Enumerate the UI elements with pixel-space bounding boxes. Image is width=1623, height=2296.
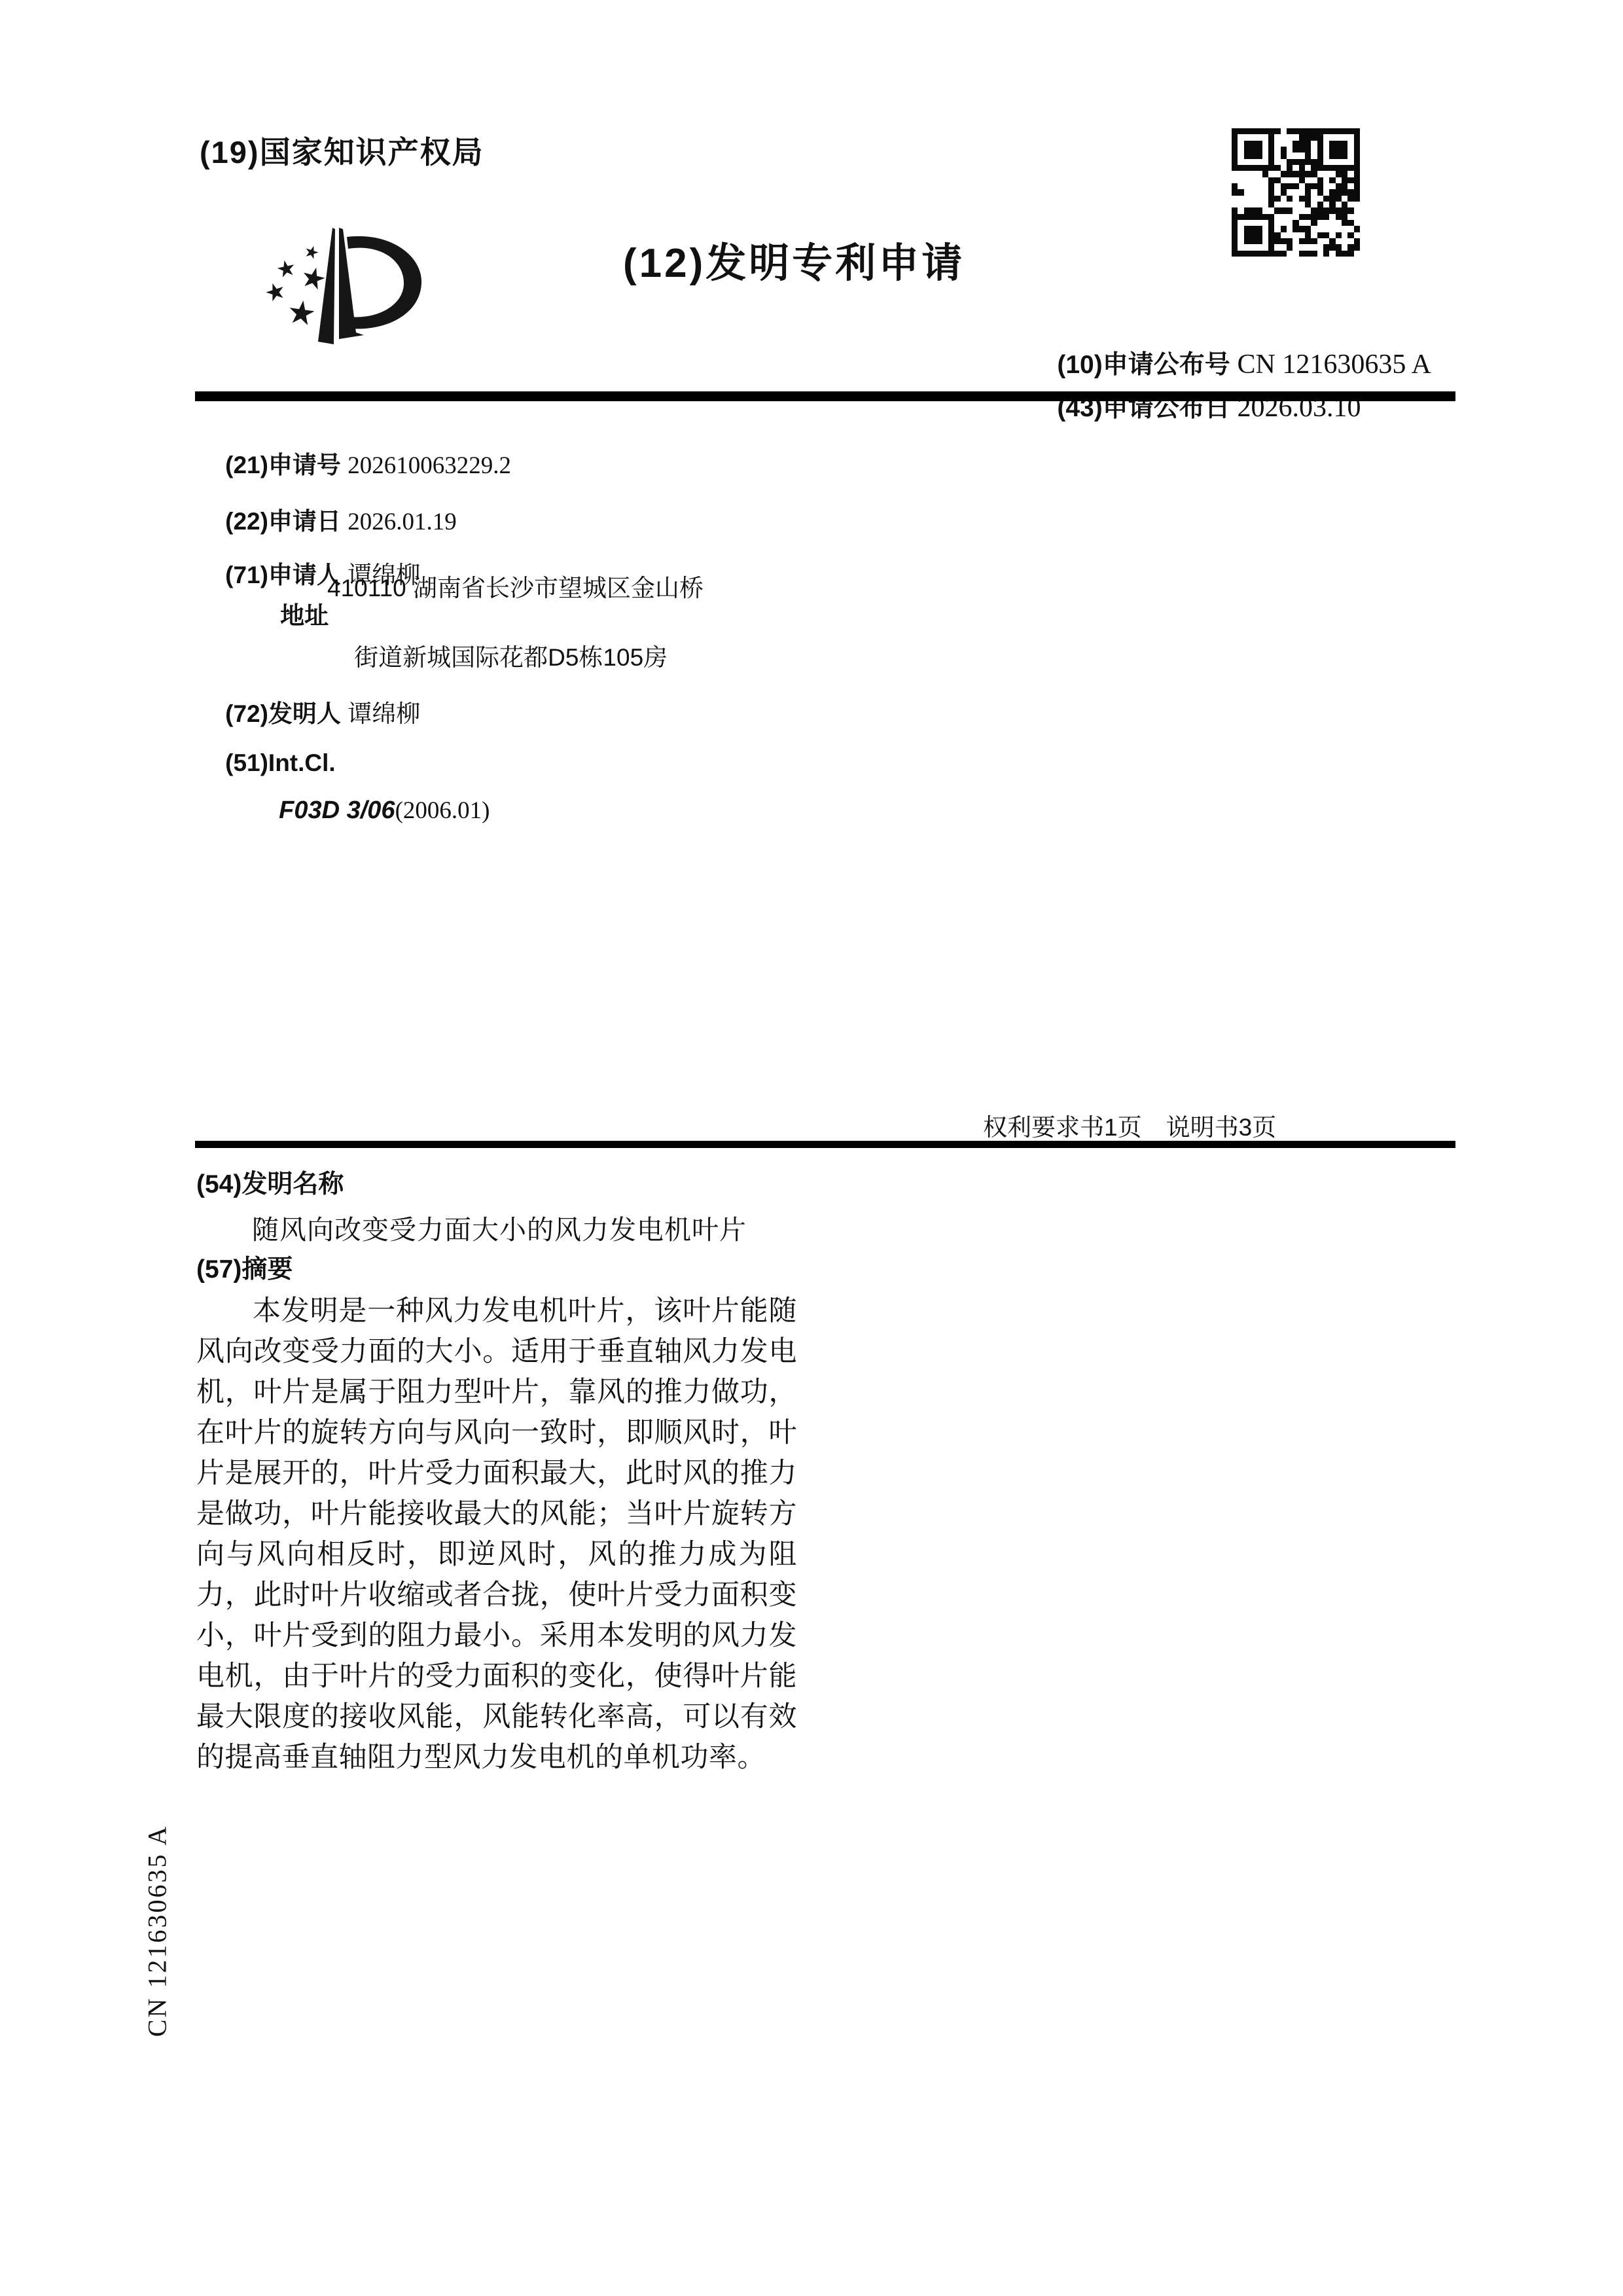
qr-code (1232, 128, 1360, 257)
section-divider-rule (195, 1141, 1455, 1148)
publication-date-line: (43)申请公布日 2026.03.10 (1029, 359, 1361, 453)
invention-title-label: (54)发明名称 (196, 1164, 344, 1200)
address-line-1: 410110 湖南省长沙市望城区金山桥 (327, 568, 785, 603)
cnipa-logo-icon: ★ ★ ★ ★ ★ (234, 188, 444, 375)
int-cl-year: (2006.01) (395, 797, 490, 824)
int-cl-class: F03D 3/06 (279, 797, 395, 824)
abstract-text: 本发明是一种风力发电机叶片，该叶片能随风向改变受力面的大小。适用于垂直轴风力发电… (196, 1291, 797, 1778)
document-type-title: (12)发明专利申请 (623, 230, 965, 289)
issuing-office: (19)国家知识产权局 (200, 128, 484, 172)
invention-title: 随风向改变受力面大小的风力发电机叶片 (252, 1208, 747, 1247)
pages-info: 权利要求书1页 说明书3页 (983, 1107, 1276, 1143)
side-publication-number: CN 121630635 A (98, 1803, 216, 2058)
svg-text:★: ★ (285, 293, 319, 333)
side-publication-number-text: CN 121630635 A (142, 1825, 173, 2037)
address-label: 地址 (280, 602, 329, 629)
int-cl-value-row: F03D 3/06(2006.01) (252, 769, 490, 852)
applicant-address-row: 地址410110 湖南省长沙市望城区金山桥 (253, 568, 329, 658)
header-divider-rule (195, 391, 1455, 401)
patent-front-page: (19)国家知识产权局 ★ ★ ★ ★ ★ (12)发明专利申请 (10)申请公… (0, 0, 1623, 2296)
inventor-name: 谭绵柳 (348, 700, 420, 727)
abstract-label: (57)摘要 (196, 1249, 293, 1285)
